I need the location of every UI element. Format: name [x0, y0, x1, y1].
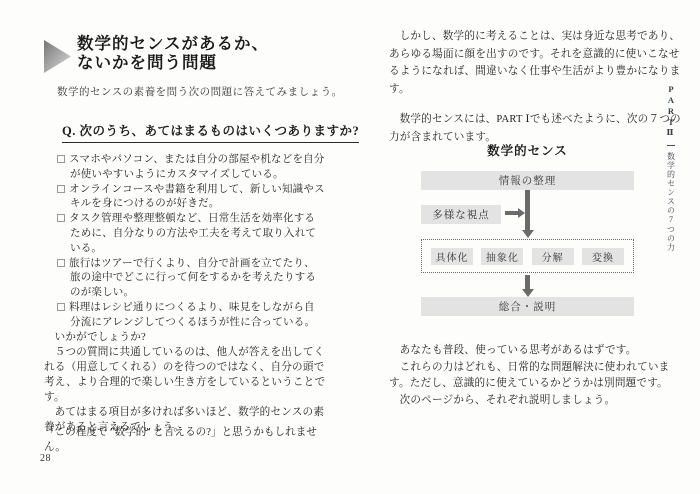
diagram-box-synthesis-explanation: 総合・説明 [421, 297, 634, 316]
checklist-item: 旅行はツアーで行くより、自分で計画を立てたり、旅の途中でどこに行って何をするかを… [57, 257, 325, 301]
checkbox-icon[interactable] [57, 303, 65, 311]
body-paragraph: いかがでしょうか? [44, 330, 326, 345]
body-paragraph: しかし、数学的に考えることは、実は身近な思考であり、あらゆる場面に顔を出すのです… [389, 28, 685, 98]
diagram-dotted-group: 具体化 抽象化 分解 変換 [421, 239, 634, 273]
checklist: スマホやパソコン、または自分の部屋や机などを自分が使いやすいようにカスタマイズし… [57, 153, 325, 331]
diagram-box-information-organizing: 情報の整理 [421, 171, 634, 190]
down-arrow-icon [525, 190, 530, 230]
page-title-line1: 数学的センスがあるか、 [77, 34, 269, 53]
body-paragraph: これらの力はどれも、日常的な問題解決に使われています。ただし、意識的に使えている… [389, 360, 689, 393]
down-arrow-icon [525, 275, 530, 289]
body-paragraph: 次のページから、それぞれ説明しましょう。 [389, 393, 689, 410]
lead-text: 数学的センスの素養を問う次の問題に答えてみましょう。 [57, 84, 337, 99]
checklist-item-text: 旅行はツアーで行くより、自分で計画を立てたり、旅の途中でどこに行って何をするかを… [69, 258, 316, 299]
chapter-sidebar: PARTⅡ 数学的センスの7つの力 [662, 84, 680, 252]
closing-line: 「この程度で "数学的" と言えるの?」と思うかもしれません。 [44, 424, 332, 454]
section-triangle-icon [44, 40, 71, 73]
checklist-item: オンラインコースや書籍を利用して、新しい知識やスキルを身につけるのが好きだ。 [57, 183, 325, 213]
diagram-box-abstraction: 抽象化 [481, 248, 523, 265]
checklist-item: タスク管理や整理整頓など、日常生活を効率化するために、自分なりの方法や工夫を考え… [57, 212, 325, 256]
body-paragraph: ５つの質問に共通しているのは、他人が答えを出してくれる（用意してくれる）のを待つ… [44, 345, 326, 405]
checklist-item: スマホやパソコン、または自分の部屋や机などを自分が使いやすいようにカスタマイズし… [57, 153, 325, 183]
sidebar-divider [667, 145, 675, 146]
mathematical-sense-diagram: 数学的センス 情報の整理 多様な視点 具体化 抽象化 分解 変換 総合・説明 [421, 141, 634, 317]
page-right: しかし、数学的に考えることは、実は身近な思考であり、あらゆる場面に顔を出すのです… [350, 0, 700, 494]
right-arrow-icon [505, 211, 518, 215]
question-heading: Q. 次のうち、あてはまるものはいくつありますか? [62, 121, 359, 143]
book-spread: 数学的センスがあるか、ないかを問う問題 数学的センスの素養を問う次の問題に答えて… [0, 0, 700, 494]
page-title: 数学的センスがあるか、ないかを問う問題 [77, 34, 357, 72]
checklist-item-text: オンラインコースや書籍を利用して、新しい知識やスキルを身につけるのが好きだ。 [69, 184, 325, 210]
checkbox-icon[interactable] [57, 185, 65, 193]
checkbox-icon[interactable] [57, 155, 65, 163]
diagram-title: 数学的センス [421, 141, 634, 159]
diagram-box-conversion: 変換 [582, 248, 624, 265]
diagram-box-diverse-perspectives: 多様な視点 [421, 205, 501, 224]
right-top-text: しかし、数学的に考えることは、実は身近な思考であり、あらゆる場面に顔を出すのです… [389, 28, 685, 146]
sidebar-chapter-label: 数学的センスの7つの力 [666, 152, 677, 252]
diagram-box-decomposition: 分解 [532, 248, 574, 265]
sidebar-part-label: PARTⅡ [666, 84, 676, 139]
checklist-item-text: スマホやパソコン、または自分の部屋や机などを自分が使いやすいようにカスタマイズし… [69, 154, 325, 180]
checklist-item-text: タスク管理や整理整頓など、日常生活を効率化するために、自分なりの方法や工夫を考え… [69, 213, 316, 254]
right-bottom-text: あなたも普段、使っている思考があるはずです。 これらの力はどれも、日常的な問題解… [389, 343, 689, 409]
checkbox-icon[interactable] [57, 259, 65, 267]
checklist-item: 料理はレシピ通りにつくるより、味見をしながら自分流にアレンジしてつくるほうが性に… [57, 301, 325, 331]
page-left: 数学的センスがあるか、ないかを問う問題 数学的センスの素養を問う次の問題に答えて… [0, 0, 350, 494]
page-title-line2: ないかを問う問題 [77, 53, 217, 72]
diagram-box-concretization: 具体化 [431, 248, 473, 265]
page-number-left: 28 [40, 453, 51, 464]
checkbox-icon[interactable] [57, 214, 65, 222]
left-body-text: いかがでしょうか? ５つの質問に共通しているのは、他人が答えを出してくれる（用意… [44, 330, 326, 435]
body-paragraph: あなたも普段、使っている思考があるはずです。 [389, 343, 689, 360]
checklist-item-text: 料理はレシピ通りにつくるより、味見をしながら自分流にアレンジしてつくるほうが性に… [69, 302, 315, 328]
